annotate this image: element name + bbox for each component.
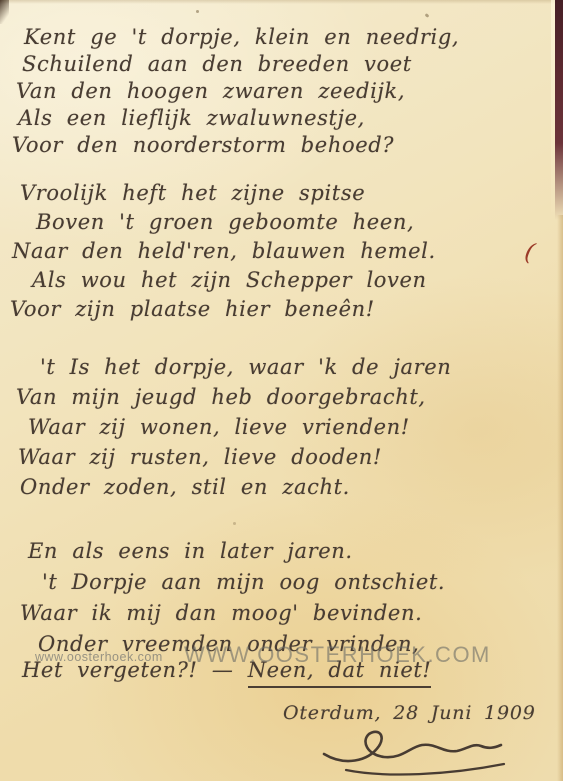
closing-line-underlined: Neen, dat niet! (248, 658, 432, 688)
page-right-edge (557, 215, 563, 781)
poem-line: 't Is het dorpje, waar 'k de jaren (40, 352, 451, 382)
poem-line: Vroolijk heft het zijne spitse (20, 179, 436, 208)
poem-line: Schuilend aan den breeden voet (22, 51, 459, 78)
poem-line: Onder vreemden onder vrinden, (38, 629, 445, 660)
poem-line: Van mijn jeugd heb doorgebracht, (16, 382, 451, 412)
poem-line: Waar ik mij dan moog' bevinden. (20, 598, 445, 629)
poem-closing-line: Het vergeten?! — Neen, dat niet! (22, 658, 431, 682)
binding-edge (555, 0, 563, 220)
signature-flourish-drawing (318, 722, 528, 780)
closing-line-prefix: Het vergeten?! — (22, 658, 248, 682)
red-ink-mark: ( (522, 237, 537, 266)
poem-line: Als een lieflijk zwaluwnestje, (18, 105, 459, 132)
poem-line: Voor zijn plaatse hier beneên! (10, 295, 436, 324)
manuscript-page: Kent ge 't dorpje, klein en needrig, Sch… (0, 0, 563, 781)
poem-line: Onder zoden, stil en zacht. (20, 472, 451, 502)
page-corner-shadow (0, 0, 9, 24)
poem-line: Van den hoogen zwaren zeedijk, (16, 78, 459, 105)
stanza-4: En als eens in later jaren. 't Dorpje aa… (10, 536, 445, 660)
poem-line: En als eens in later jaren. (28, 536, 445, 567)
paper-speck (425, 13, 430, 18)
stanza-2: Vroolijk heft het zijne spitse Boven 't … (10, 179, 436, 324)
poem-line: Voor den noorderstorm behoed? (12, 132, 459, 159)
poem-line: 't Dorpje aan mijn oog ontschiet. (42, 567, 445, 598)
dateline: Oterdum, 28 Juni 1909 (283, 702, 536, 724)
stanza-3: 't Is het dorpje, waar 'k de jaren Van m… (10, 352, 451, 502)
signature-flourish (318, 722, 528, 781)
paper-speck (233, 522, 236, 525)
poem-line: Naar den held'ren, blauwen hemel. (12, 237, 436, 266)
page-top-edge-shadow (0, 0, 563, 4)
poem-line: Kent ge 't dorpje, klein en needrig, (24, 24, 459, 51)
poem-line: Waar zij rusten, lieve dooden! (18, 442, 451, 472)
poem-line: Boven 't groen geboomte heen, (36, 208, 436, 237)
stanza-1: Kent ge 't dorpje, klein en needrig, Sch… (10, 24, 459, 159)
poem-line: Waar zij wonen, lieve vrienden! (28, 412, 451, 442)
paper-speck (196, 10, 199, 13)
poem-line: Als wou het zijn Schepper loven (32, 266, 436, 295)
